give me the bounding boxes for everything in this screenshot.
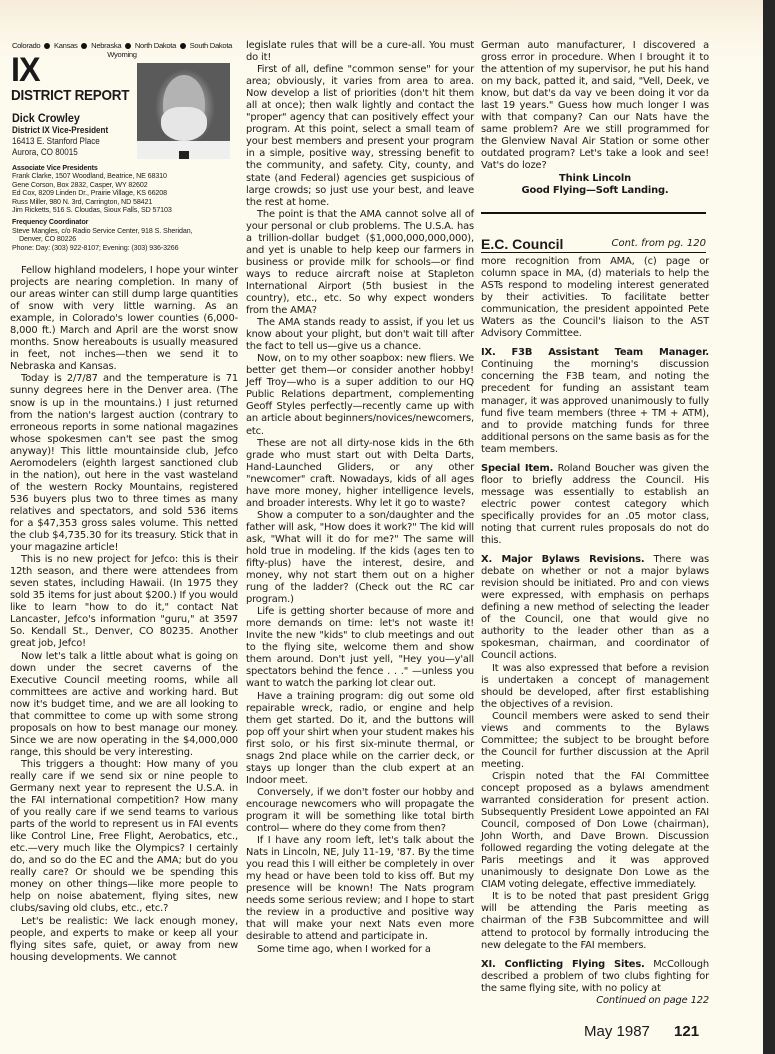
ec-section-heading: Special Item.: [481, 463, 553, 474]
frequency-line1: Steve Mangles, c/o Radio Service Center,…: [12, 227, 237, 235]
frequency-heading: Frequency Coordinator: [12, 218, 237, 226]
ec-section-heading: XI. Conflicting Flying Sites.: [481, 959, 645, 970]
ec-section: XI. Conflicting Flying Sites. McCollough…: [481, 959, 709, 995]
issue-date: May 1987: [584, 1023, 650, 1040]
paragraph: more recognition from AMA, (c) page or c…: [481, 256, 709, 340]
scan-edge: [763, 0, 775, 1054]
page-footer: May 1987 121: [584, 1023, 699, 1040]
bullet-icon: [180, 43, 186, 49]
associate-entry: Frank Clarke, 1507 Woodland, Beatrice, N…: [12, 172, 237, 180]
signoff: Think Lincoln Good Flying—Soft Landing.: [481, 173, 709, 198]
vp-title: District IX Vice-President: [12, 125, 108, 136]
paragraph: Show a computer to a son/daughter and th…: [246, 510, 474, 606]
state-wyoming: Wyoming: [107, 50, 136, 59]
column-3-top: German auto manufacturer, I discovered a…: [481, 40, 709, 198]
paragraph: Crispin noted that the FAI Committee con…: [481, 771, 709, 891]
paragraph: German auto manufacturer, I discovered a…: [481, 40, 709, 173]
vp-address-line2: Aurora, CO 80015: [12, 147, 108, 158]
photo-tie: [179, 151, 189, 159]
section-title: DISTRICT REPORT: [11, 88, 129, 104]
paragraph: The AMA stands ready to assist, if you l…: [246, 317, 474, 353]
paragraph: legislate rules that will be a cure-all.…: [246, 40, 474, 64]
column-2: legislate rules that will be a cure-all.…: [246, 40, 474, 956]
paragraph: This triggers a thought: How many of you…: [10, 759, 238, 916]
ec-section-body: There was debate on whether or not a maj…: [481, 554, 709, 661]
bullet-icon: [125, 43, 131, 49]
paragraph: Now, on to my other soapbox: new fliers.…: [246, 353, 474, 437]
ec-section: Special Item. Roland Boucher was given t…: [481, 463, 709, 547]
associates-heading: Associate Vice Presidents: [12, 164, 237, 172]
paragraph: Conversely, if we don't foster our hobby…: [246, 787, 474, 835]
frequency-phone: Phone: Day: (303) 922-8107; Evening: (30…: [12, 244, 237, 252]
associate-entry: Jim Ricketts, 516 S. Cloudas, Sioux Fall…: [12, 206, 237, 214]
vp-contact: Dick Crowley District IX Vice-President …: [12, 111, 108, 157]
paragraph: These are not all dirty-nose kids in the…: [246, 438, 474, 510]
associate-entry: Gene Corson, Box 2832, Casper, WY 82602: [12, 181, 237, 189]
state-north-dakota: North Dakota: [135, 41, 176, 50]
state-kansas: Kansas: [54, 41, 78, 50]
author-photo: [137, 63, 230, 159]
paragraph: Today is 2/7/87 and the temperature is 7…: [10, 373, 238, 554]
column-1: Fellow highland modelers, I hope your wi…: [10, 265, 238, 964]
paragraph: Let's be realistic: We lack enough money…: [10, 916, 238, 964]
continued-from-link[interactable]: Cont. from pg. 120: [611, 238, 706, 249]
ec-council-header: E.C. Council Cont. from pg. 120: [481, 236, 706, 253]
associate-directory: Associate Vice Presidents Frank Clarke, …: [12, 164, 237, 252]
ec-council-title: E.C. Council: [481, 236, 563, 252]
state-south-dakota: South Dakota: [190, 41, 232, 50]
bullet-icon: [44, 43, 50, 49]
associate-entry: Russ Miller, 980 N. 3rd, Carrington, ND …: [12, 198, 237, 206]
ec-section: IX. F3B Assistant Team Manager. Continui…: [481, 347, 709, 455]
paragraph: Council members were asked to send their…: [481, 711, 709, 771]
page-number: 121: [674, 1023, 699, 1040]
photo-beard: [161, 107, 207, 141]
paragraph: Life is getting shorter because of more …: [246, 606, 474, 690]
signoff-line1: Think Lincoln: [559, 173, 631, 184]
paragraph: It was also expressed that before a revi…: [481, 663, 709, 711]
paragraph: It is to be noted that past president Gr…: [481, 891, 709, 951]
paragraph: If I have any room left, let's talk abou…: [246, 835, 474, 943]
vp-name: Dick Crowley: [12, 111, 108, 125]
ec-section: X. Major Bylaws Revisions. There was deb…: [481, 554, 709, 662]
paragraph: The point is that the AMA cannot solve a…: [246, 209, 474, 317]
ec-section-heading: IX. F3B Assistant Team Manager.: [481, 347, 709, 358]
continued-on-link[interactable]: Continued on page 122: [481, 995, 709, 1007]
paragraph: Now let's talk a little about what is go…: [10, 651, 238, 759]
magazine-page: Colorado Kansas Nebraska North Dakota So…: [0, 0, 763, 1054]
paragraph: Some time ago, when I worked for a: [246, 944, 474, 956]
states-list: Colorado Kansas Nebraska North Dakota So…: [11, 42, 233, 59]
state-colorado: Colorado: [12, 41, 40, 50]
ec-section-body: Continuing the morning's discussion conc…: [481, 359, 709, 454]
bullet-icon: [81, 43, 87, 49]
paragraph: This is no new project for Jefco: this i…: [10, 554, 238, 650]
ec-council-body: more recognition from AMA, (c) page or c…: [481, 256, 709, 1007]
section-divider: [481, 212, 706, 214]
ec-section-body: Roland Boucher was given the floor to br…: [481, 463, 709, 546]
associate-entry: Ed Cox, 8209 Linden Dr., Prairie Village…: [12, 189, 237, 197]
paragraph: First of all, define "common sense" for …: [246, 64, 474, 209]
ec-section-heading: X. Major Bylaws Revisions.: [481, 554, 644, 565]
district-number: IX: [11, 55, 40, 85]
paragraph: Fellow highland modelers, I hope your wi…: [10, 265, 238, 373]
paragraph: Have a training program: dig out some ol…: [246, 691, 474, 787]
signoff-line2: Good Flying—Soft Landing.: [522, 185, 669, 196]
vp-address-line1: 16413 E. Stanford Place: [12, 136, 108, 147]
frequency-line2: Denver, CO 80226: [12, 235, 237, 243]
